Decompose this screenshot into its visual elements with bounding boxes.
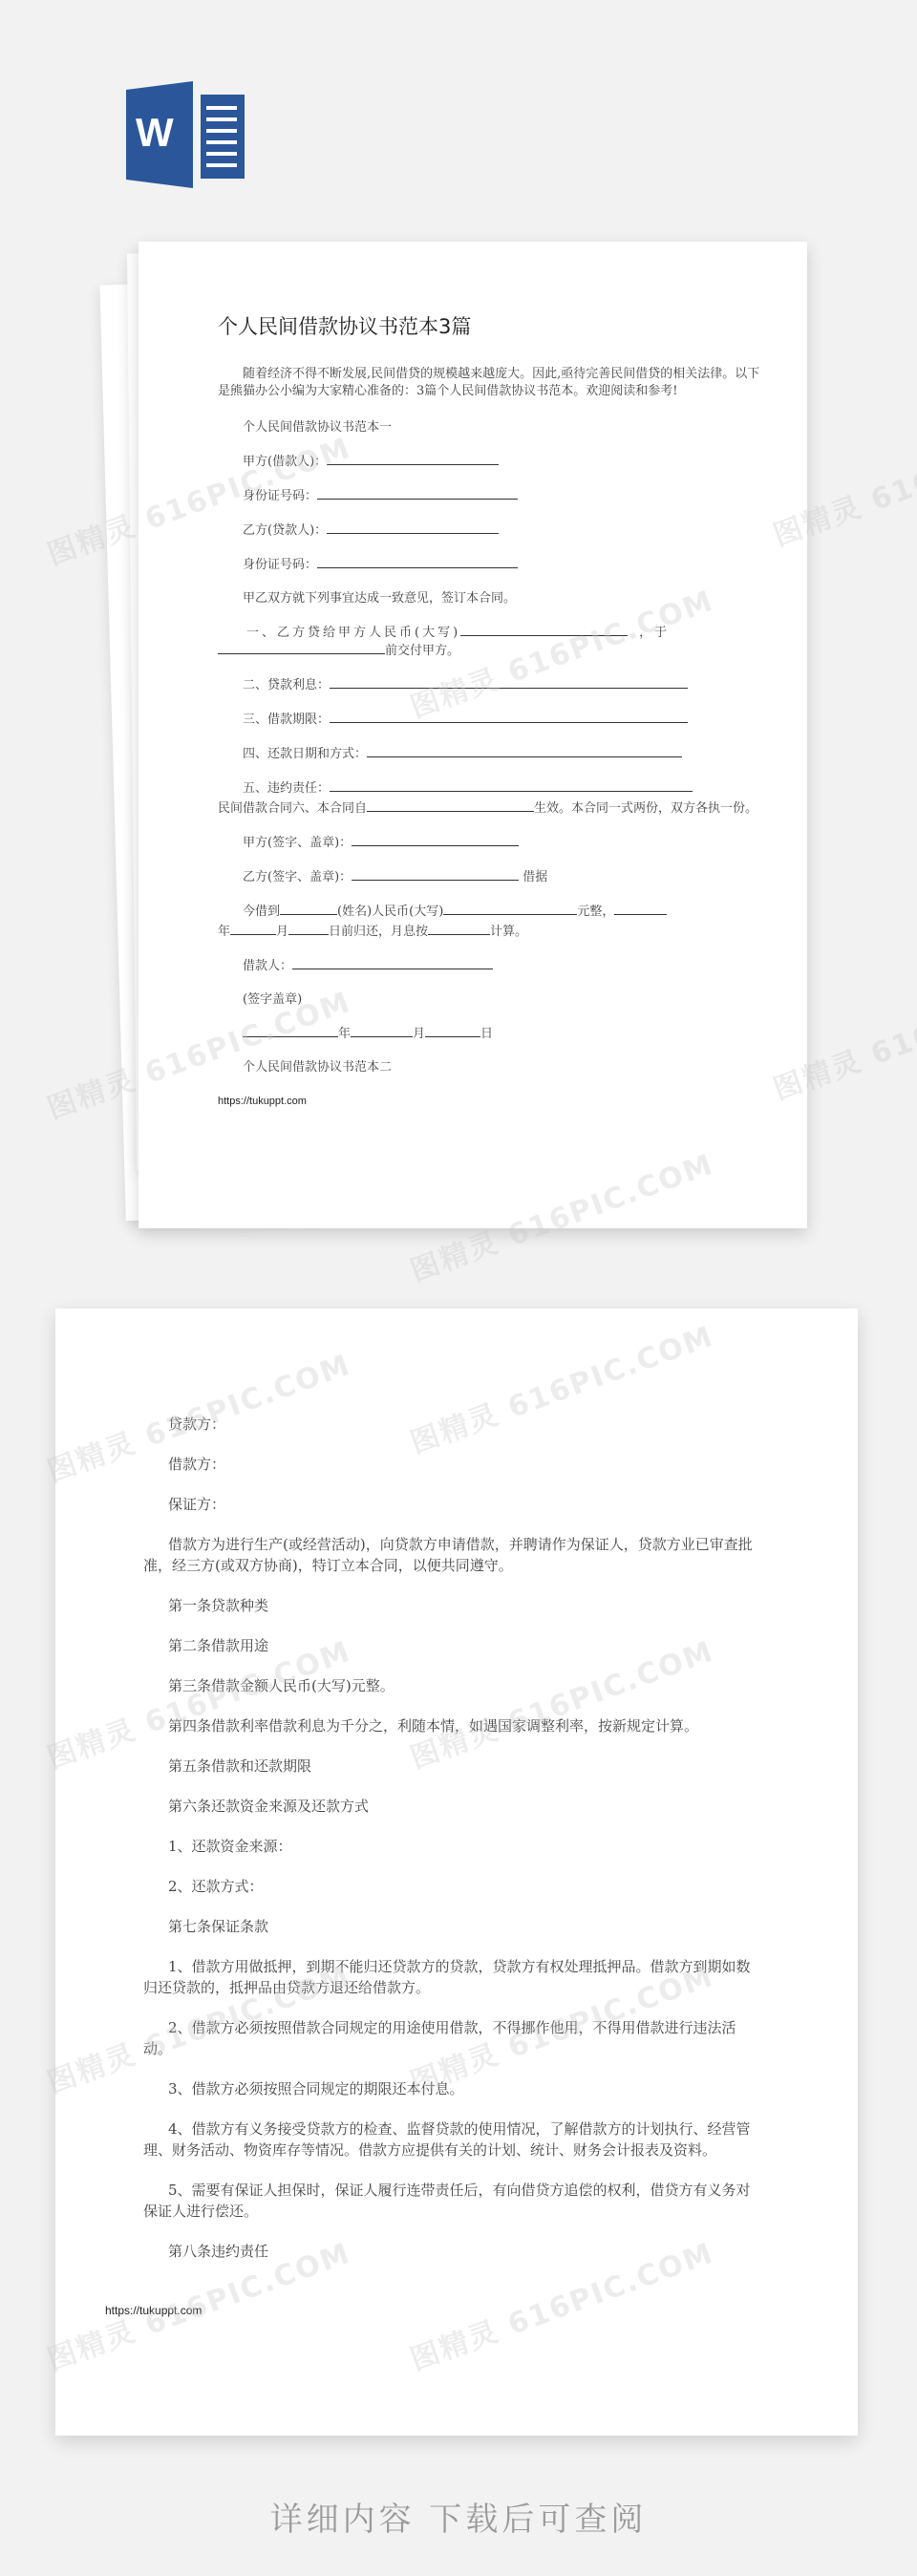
page-1-url: https://tukuppt.com: [218, 1093, 763, 1110]
sign-seal: (签字盖章): [218, 991, 763, 1009]
borrower-sign: 借款人：: [218, 957, 763, 975]
clause-6: 民间借款合同六、本合同自生效。本合同一式两份，双方各执一份。: [218, 799, 763, 818]
blank-line: [352, 868, 519, 881]
clause-1-cont: 前交付甲方。: [218, 642, 763, 660]
party-b-field: 乙方(贷款人)：: [218, 522, 763, 540]
blank-line: [230, 923, 276, 935]
clause-4: 四、还款日期和方式：: [218, 745, 763, 763]
article: 第六条还款资金来源及还款方式: [143, 1796, 762, 1817]
article: 第八条违约责任: [143, 2241, 762, 2262]
blank-line: [443, 903, 577, 915]
article: 5、需要有保证人担保时，保证人履行连带责任后，有向借贷方追偿的权利，借贷方有义务…: [143, 2180, 762, 2222]
blank-line: [367, 745, 682, 757]
blank-line: [352, 834, 519, 846]
article: 第二条借款用途: [143, 1635, 762, 1656]
blank-line: [351, 1025, 413, 1037]
download-prompt: 详细内容 下载后可查阅: [0, 2493, 917, 2540]
date-line: 年月日: [218, 1025, 763, 1043]
sign-b: 乙方(签字、盖章)： 借据: [218, 868, 763, 886]
article: 4、借款方有义务接受贷款方的检查、监督贷款的使用情况，了解借款方的计划执行、经营…: [143, 2118, 762, 2161]
blank-line: [330, 779, 693, 792]
sign-a: 甲方(签字、盖章)：: [218, 834, 763, 852]
article: 第三条借款金额人民币(大写)元整。: [143, 1675, 762, 1696]
article: 1、借款方用做抵押，到期不能归还贷款方的贷款，贷款方有权处理抵押品。借款方到期如…: [143, 1956, 762, 1998]
party-b-id-field: 身份证号码：: [218, 556, 763, 574]
clause-3: 三、借款期限：: [218, 711, 763, 729]
blank-line: [330, 676, 688, 689]
page-1-content: 个人民间借款协议书范本3篇 随着经济不得不断发展,民间借贷的规模越来越庞大。因此…: [218, 318, 763, 1126]
blank-line: [317, 487, 518, 500]
section-2-heading: 个人民间借款协议书范本二: [218, 1059, 763, 1076]
iou-line: 今借到(姓名)人民币(大写)元整，: [218, 903, 763, 921]
iou-line-2: 年月日前归还，月息按计算。: [218, 923, 763, 941]
article: 2、借款方必须按照借款合同规定的用途使用借款，不得挪作他用，不得用借款进行违法活…: [143, 2017, 762, 2059]
word-icon-cover: W: [126, 81, 193, 188]
article: 2、还款方式：: [143, 1876, 762, 1897]
blank-line: [614, 903, 667, 915]
agreement-line: 甲乙双方就下列事宜达成一致意见，签订本合同。: [218, 590, 763, 607]
document-page-2: 贷款方： 借款方： 保证方： 借款方为进行生产(或经营活动)，向贷款方申请借款，…: [55, 1309, 858, 2436]
party-a-field: 甲方(借款人)：: [218, 453, 763, 471]
article: 第五条借款和还款期限: [143, 1756, 762, 1777]
blank-line: [327, 453, 499, 465]
document-page-1: 个人民间借款协议书范本3篇 随着经济不得不断发展,民间借贷的规模越来越庞大。因此…: [139, 242, 807, 1228]
article: 第七条保证条款: [143, 1916, 762, 1937]
word-icon-lines: [201, 95, 245, 179]
word-icon: W: [126, 81, 246, 181]
blank-line: [367, 799, 534, 812]
article: 3、借款方必须按照合同规定的期限还本付息。: [143, 2078, 762, 2099]
document-title: 个人民间借款协议书范本3篇: [218, 318, 763, 335]
blank-line: [317, 556, 518, 568]
section-1-heading: 个人民间借款协议书范本一: [218, 419, 763, 436]
page-2-content: 贷款方： 借款方： 保证方： 借款方为进行生产(或经营活动)，向贷款方申请借款，…: [143, 1414, 762, 2340]
blank-line: [428, 923, 490, 935]
page-2-url: https://tukuppt.com: [105, 2300, 762, 2321]
guarantor-label: 保证方：: [143, 1494, 762, 1515]
clause-5: 五、违约责任：: [218, 779, 763, 798]
clause-2: 二、贷款利息：: [218, 676, 763, 694]
article: 第一条贷款种类: [143, 1595, 762, 1616]
blank-line: [218, 642, 385, 654]
blank-line: [425, 1025, 480, 1037]
blank-line: [243, 1025, 338, 1037]
intro-paragraph: 随着经济不得不断发展,民间借贷的规模越来越庞大。因此,亟待完善民间借贷的相关法律…: [218, 366, 763, 400]
article: 第四条借款利率借款利息为千分之，利随本情，如遇国家调整利率，按新规定计算。: [143, 1715, 762, 1736]
preamble: 借款方为进行生产(或经营活动)，向贷款方申请借款，并聘请作为保证人，贷款方业已审…: [143, 1534, 762, 1576]
blank-line: [327, 522, 499, 534]
borrower-label: 借款方：: [143, 1454, 762, 1475]
party-a-id-field: 身份证号码：: [218, 487, 763, 505]
blank-line: [292, 957, 493, 969]
blank-line: [330, 711, 688, 723]
article: 1、还款资金来源：: [143, 1836, 762, 1857]
blank-line: [280, 903, 337, 915]
blank-line: [288, 923, 329, 935]
blank-line: [460, 624, 628, 636]
clause-1: 一、乙方贷给甲方人民币(大写)，于: [218, 624, 763, 642]
lender-label: 贷款方：: [143, 1414, 762, 1435]
